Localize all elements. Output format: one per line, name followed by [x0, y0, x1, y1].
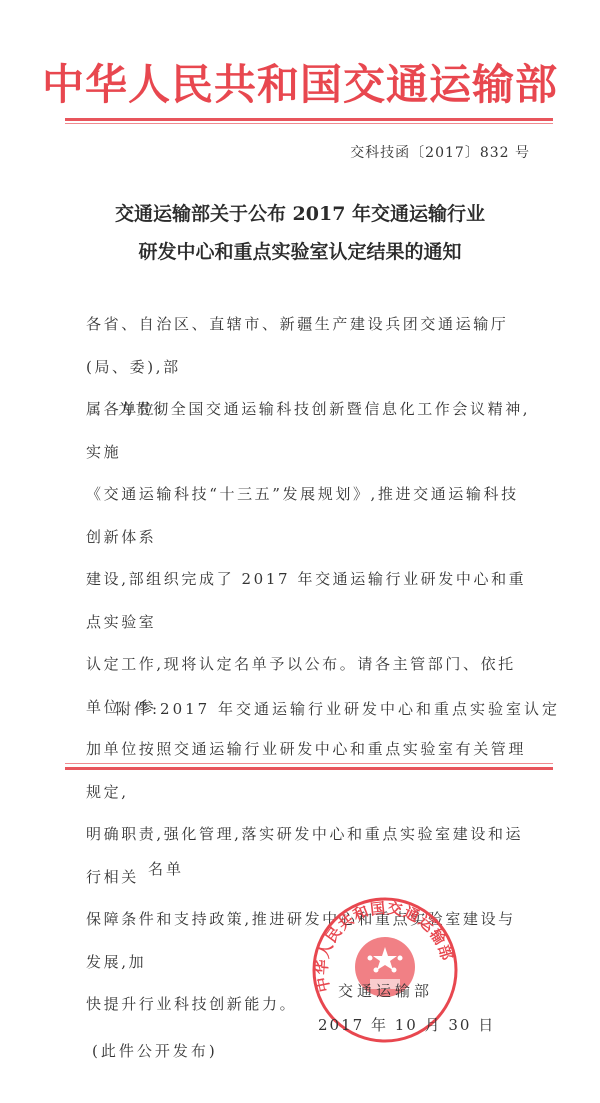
- body-line: 加单位按照交通运输行业研发中心和重点实验室有关管理规定,: [86, 728, 532, 813]
- page-break-rule-thin: [65, 763, 553, 764]
- masthead-rule-thin: [65, 123, 553, 124]
- document-title-line-1: 交通运输部关于公布 2017 年交通运输行业: [0, 195, 600, 233]
- masthead-title: 中华人民共和国交通运输部: [0, 60, 600, 110]
- body-line: 明确职责,强化管理,落实研发中心和重点实验室建设和运行相关: [86, 813, 532, 898]
- body-line: 建设,部组织完成了 2017 年交通运输行业研发中心和重点实验室: [86, 558, 532, 643]
- page-break-rule: [65, 767, 553, 770]
- document-number: 交科技函〔2017〕832 号: [350, 142, 530, 162]
- signing-authority: 交通运输部: [338, 980, 433, 1001]
- issue-date: 2017 年 10 月 30 日: [318, 1014, 495, 1035]
- body-line: 保障条件和支持政策,推进研发中心和重点实验室建设与发展,加: [86, 898, 532, 983]
- attachment-line-1: 附件:2017 年交通运输行业研发中心和重点实验室认定: [116, 698, 560, 719]
- addressee-line-1: 各省、自治区、直辖市、新疆生产建设兵团交通运输厅(局、委),部: [86, 303, 532, 388]
- body-line: 《交通运输科技“十三五”发展规划》,推进交通运输科技创新体系: [86, 473, 532, 558]
- attachment-line-2: 名单: [148, 858, 184, 879]
- body-line: 为贯彻全国交通运输科技创新暨信息化工作会议精神,实施: [86, 388, 532, 473]
- document-title-line-2: 研发中心和重点实验室认定结果的通知: [0, 233, 600, 271]
- masthead-rule: [65, 118, 553, 121]
- public-release-note: (此件公开发布): [92, 1040, 218, 1061]
